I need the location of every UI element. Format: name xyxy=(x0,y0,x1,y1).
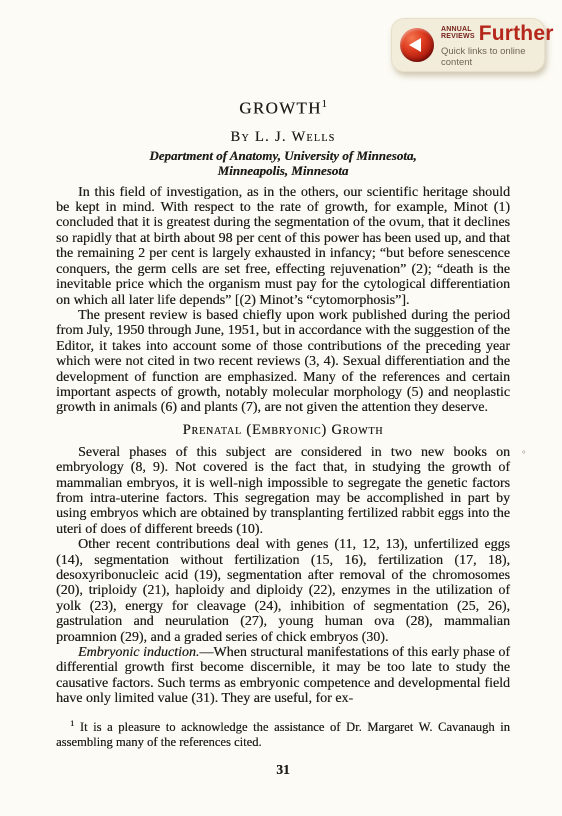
reviews-label: REVIEWS xyxy=(441,33,475,41)
paragraph-1: In this field of investigation, as in th… xyxy=(56,185,510,308)
page-number: 31 xyxy=(56,762,510,778)
further-arrow-icon xyxy=(400,28,434,62)
paragraph-5: Embryonic induction.—When structural man… xyxy=(56,645,510,707)
section-heading-prenatal-embryonic-growth: Prenatal (Embryonic) Growth xyxy=(56,422,510,438)
title-footnote-marker: 1 xyxy=(322,99,327,110)
affiliation-line-2: Minneapolis, Minnesota xyxy=(56,163,510,178)
title-text: GROWTH xyxy=(239,99,321,118)
scanned-page: ANNUAL REVIEWS Further Quick links to on… xyxy=(0,0,562,816)
article-title: GROWTH1 xyxy=(56,96,510,118)
affiliation: Department of Anatomy, University of Min… xyxy=(56,148,510,178)
annual-reviews-further-badge[interactable]: ANNUAL REVIEWS Further Quick links to on… xyxy=(391,18,545,72)
annual-label: ANNUAL xyxy=(441,26,475,34)
paragraph-4: Other recent contributions deal with gen… xyxy=(56,537,510,645)
byline: By L. J. Wells xyxy=(56,130,510,145)
annual-reviews-label: ANNUAL REVIEWS xyxy=(441,26,475,41)
further-label: Further xyxy=(479,23,554,44)
scan-artifact-speck: ° xyxy=(522,449,526,459)
paragraph-3: Several phases of this subject are consi… xyxy=(56,445,510,537)
article-content: GROWTH1 By L. J. Wells Department of Ana… xyxy=(56,96,510,778)
footnote-text: It is a pleasure to acknowledge the assi… xyxy=(56,720,510,749)
run-in-heading-embryonic-induction: Embryonic induction. xyxy=(78,645,199,660)
left-arrow-glyph xyxy=(409,38,421,52)
footnote: 1 It is a pleasure to acknowledge the as… xyxy=(56,716,510,750)
badge-tagline: Quick links to online content xyxy=(441,46,554,68)
affiliation-line-1: Department of Anatomy, University of Min… xyxy=(56,148,510,163)
paragraph-2: The present review is based chiefly upon… xyxy=(56,308,510,416)
badge-text-block: ANNUAL REVIEWS Further Quick links to on… xyxy=(441,23,554,68)
footnote-marker: 1 xyxy=(70,718,74,728)
